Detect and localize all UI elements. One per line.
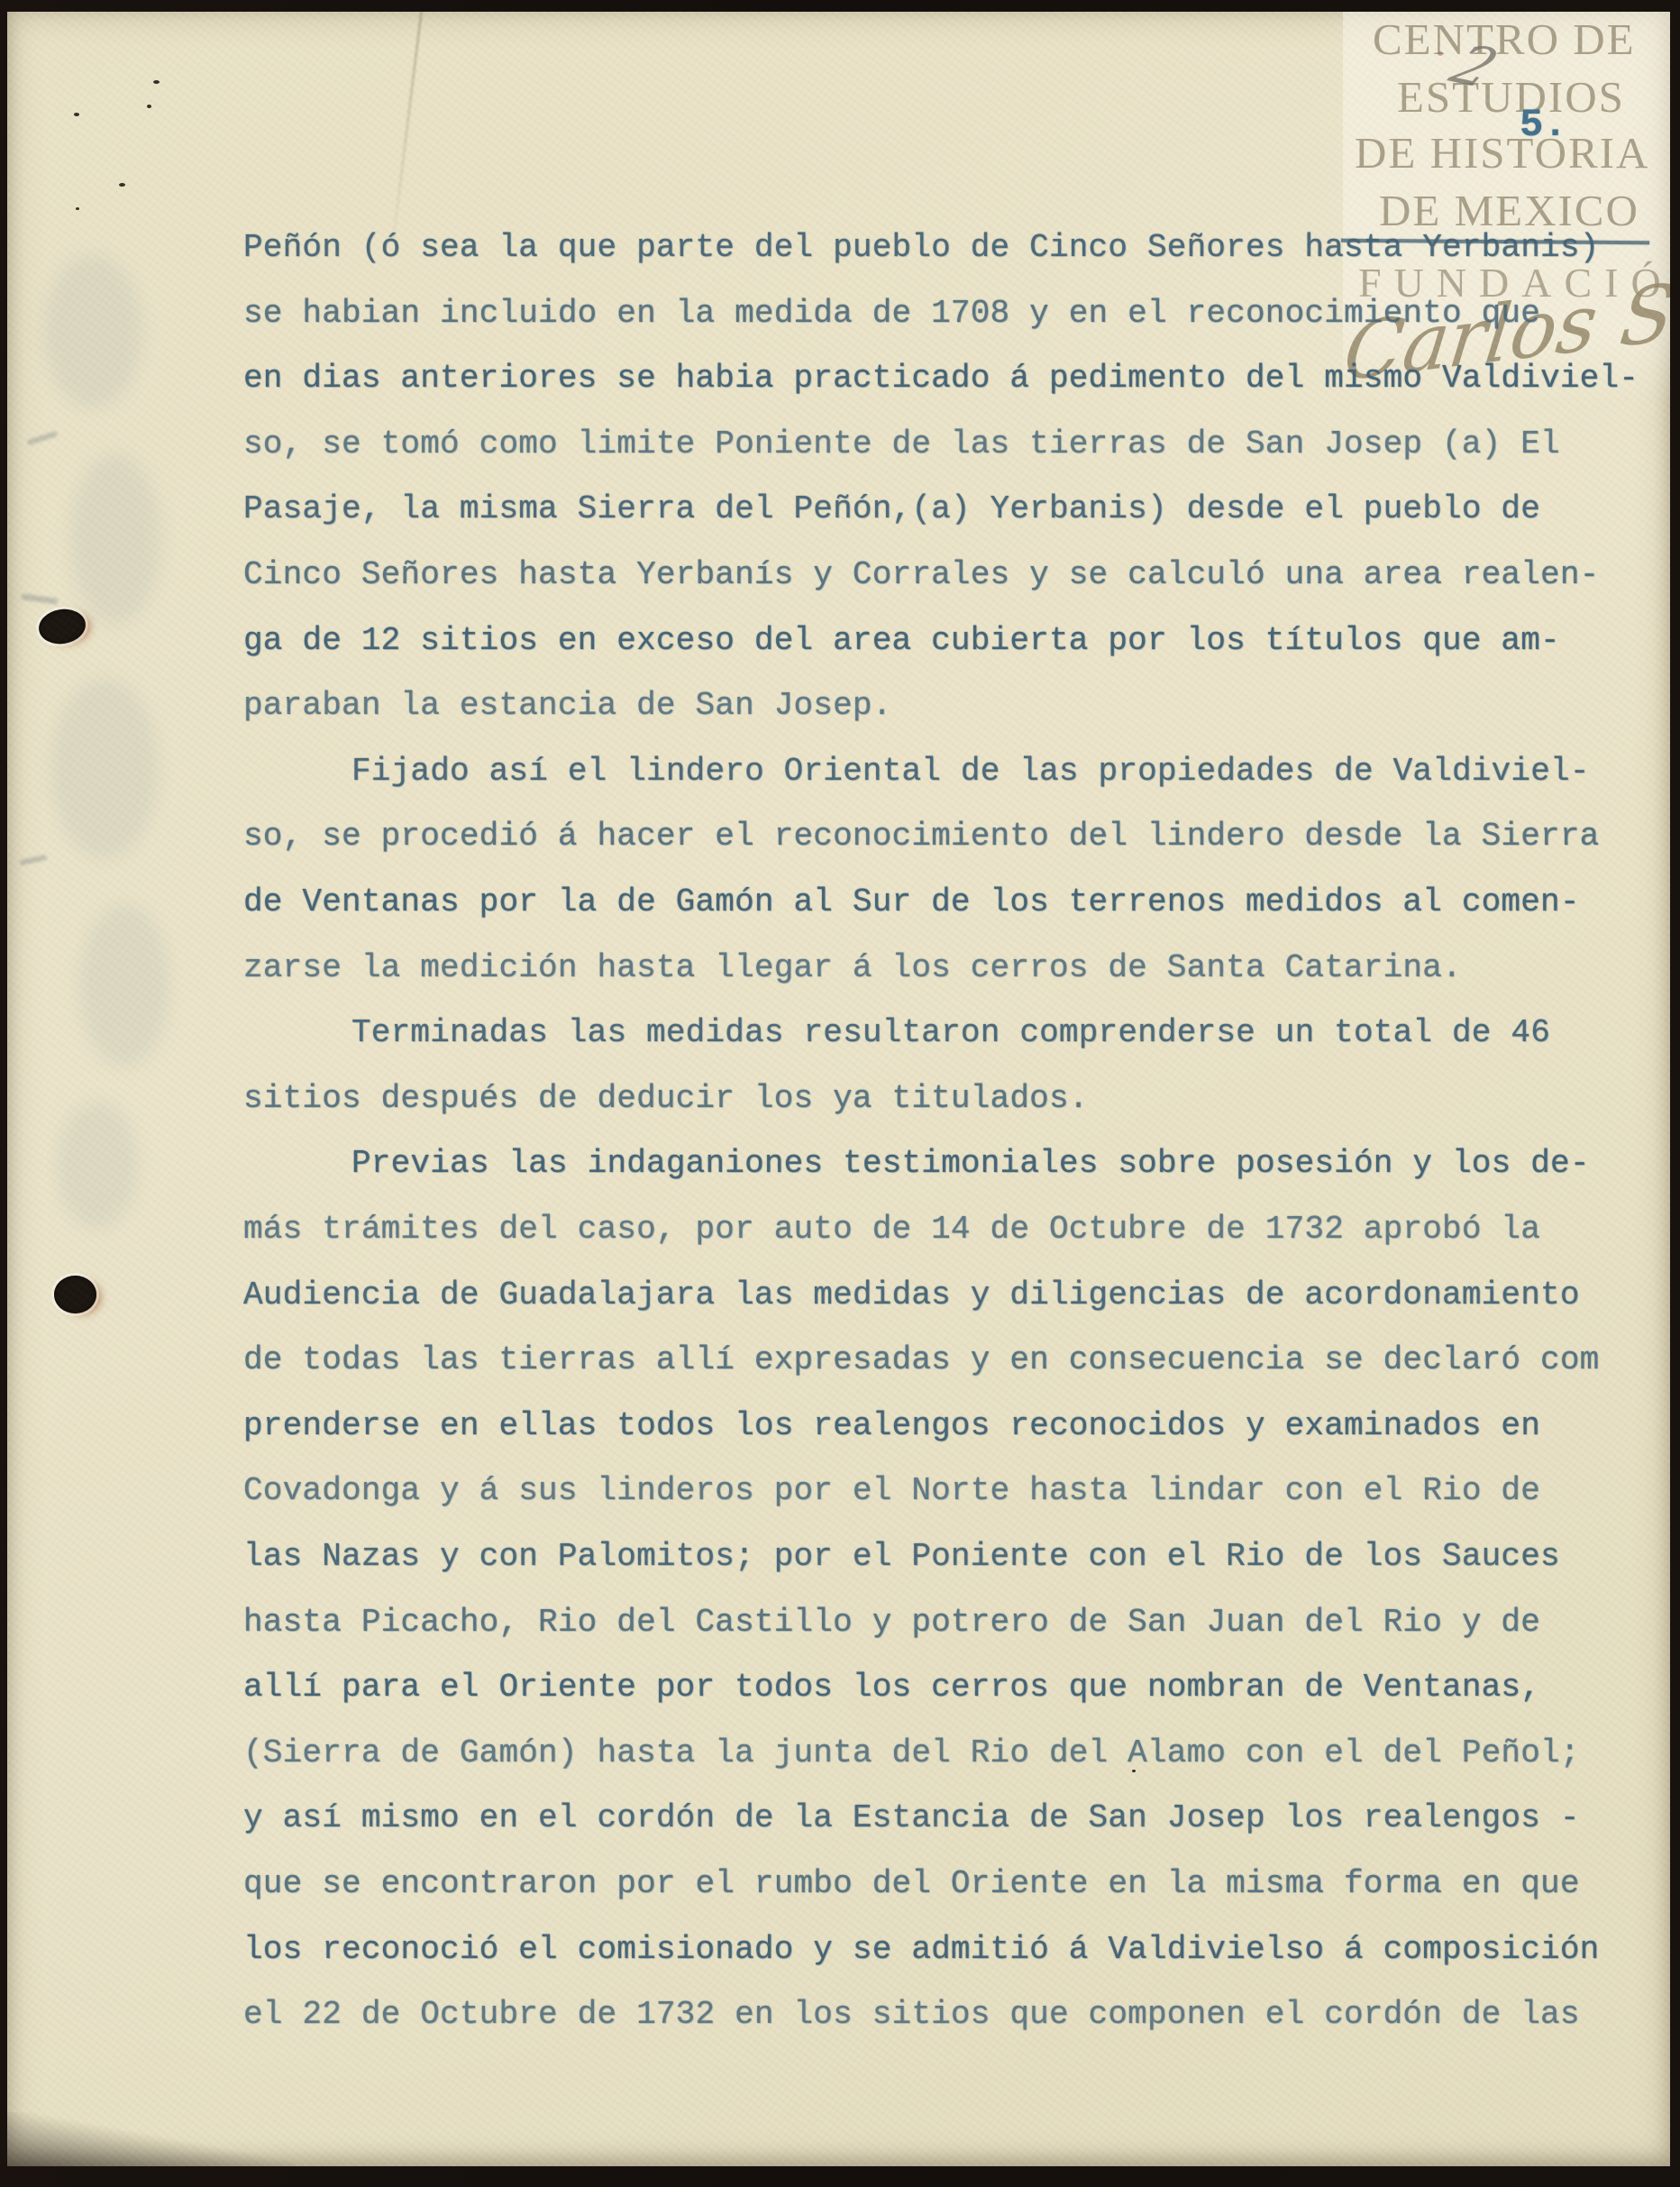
- typewritten-line: sitios después de deducir los ya titulad…: [243, 1081, 1089, 1117]
- typewritten-line: Covadonga y á sus linderos por el Norte …: [243, 1473, 1540, 1509]
- typewritten-line: zarse la medición hasta llegar á los cer…: [243, 950, 1462, 986]
- scan-shadow-wedge: [7, 2112, 296, 2166]
- paper-sheet: CENTRO DEESTUDIOSDE HISTORIADE MEXICOFUN…: [7, 12, 1670, 2166]
- watermark-line: DE MEXICO: [1379, 188, 1639, 233]
- paper-speck: [153, 80, 160, 84]
- typewritten-line: ga de 12 sitios en exceso del area cubie…: [243, 623, 1560, 659]
- typewritten-line: Audiencia de Guadalajara las medidas y d…: [243, 1277, 1580, 1313]
- ink-ghost-smudge: [79, 904, 169, 1066]
- typewritten-line: más trámites del caso, por auto de 14 de…: [243, 1212, 1540, 1248]
- typewritten-line: (Sierra de Gamón) hasta la junta del Rio…: [243, 1735, 1580, 1771]
- typewritten-line: hasta Picacho, Rio del Castillo y potrer…: [243, 1605, 1540, 1641]
- typewritten-line: las Nazas y con Palomitos; por el Ponien…: [243, 1539, 1560, 1575]
- paper-speck: [119, 183, 125, 187]
- hole-punch-bottom: [54, 1276, 96, 1313]
- typewritten-line: en dias anteriores se habia practicado á…: [243, 361, 1639, 397]
- paper-speck: [147, 105, 151, 108]
- ink-ghost-smudge: [43, 255, 142, 408]
- typewritten-line: paraban la estancia de San Josep.: [243, 688, 892, 724]
- typewritten-line: Pasaje, la misma Sierra del Peñón,(a) Ye…: [243, 491, 1540, 527]
- ink-ghost-smudge: [57, 1103, 138, 1229]
- ink-page-number: 5.: [1520, 105, 1567, 145]
- typewritten-line: Fijado así el lindero Oriental de las pr…: [352, 754, 1590, 790]
- typewritten-line: los reconoció el comisionado y se admiti…: [243, 1932, 1599, 1968]
- paper-speck: [74, 113, 79, 116]
- margin-smudge: [20, 855, 48, 865]
- typewritten-line: so, se procedió á hacer el reconocimient…: [243, 819, 1599, 855]
- typewritten-line: se habian incluido en la medida de 1708 …: [243, 296, 1540, 332]
- ink-ghost-smudge: [70, 453, 160, 625]
- paper-crease: [392, 12, 423, 240]
- typewritten-line: Terminadas las medidas resultaron compre…: [352, 1015, 1550, 1051]
- typewritten-line: de todas las tierras allí expresadas y e…: [243, 1342, 1599, 1378]
- paper-speck: [1438, 51, 1443, 56]
- margin-smudge: [27, 431, 58, 445]
- paper-speck: [76, 207, 79, 210]
- typewritten-line: el 22 de Octubre de 1732 en los sitios q…: [243, 1997, 1580, 2033]
- ink-ghost-smudge: [50, 679, 159, 859]
- hole-punch-top: [36, 606, 87, 647]
- typewritten-line: so, se tomó como limite Poniente de las …: [243, 426, 1560, 462]
- typewritten-line: que se encontraron por el rumbo del Orie…: [243, 1866, 1580, 1902]
- watermark-line: ESTUDIOS: [1397, 75, 1625, 119]
- typewritten-line: prenderse en ellas todos los realengos r…: [243, 1408, 1540, 1444]
- pencil-page-number: 2: [1442, 38, 1506, 96]
- margin-smudge: [22, 593, 59, 604]
- scanned-document-page: CENTRO DEESTUDIOSDE HISTORIADE MEXICOFUN…: [0, 0, 1680, 2187]
- typewritten-line: allí para el Oriente por todos los cerro…: [243, 1670, 1540, 1706]
- watermark-line: DE HISTORIA: [1355, 131, 1649, 175]
- typewritten-line: y así mismo en el cordón de la Estancia …: [243, 1800, 1580, 1836]
- typewritten-line: Peñón (ó sea la que parte del pueblo de …: [243, 230, 1599, 266]
- typewritten-line: Previas las indaganiones testimoniales s…: [352, 1146, 1590, 1182]
- typewritten-line: de Ventanas por la de Gamón al Sur de lo…: [243, 884, 1580, 920]
- typewritten-line: Cinco Señores hasta Yerbanís y Corrales …: [243, 557, 1599, 593]
